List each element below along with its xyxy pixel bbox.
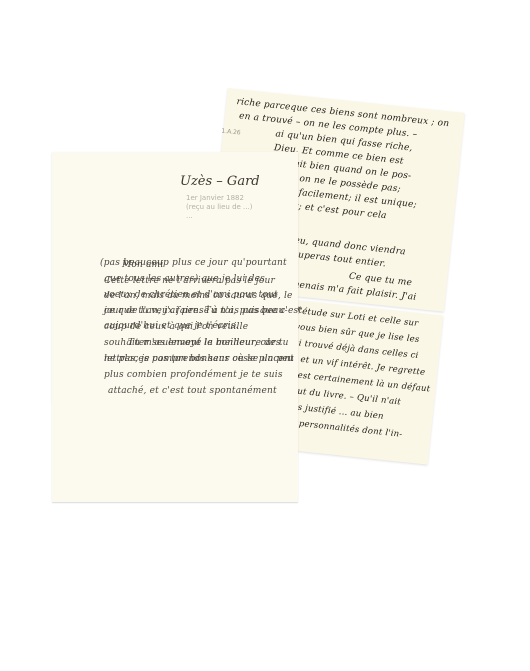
front-line-12: ce que tu veux faire. Tu n'as pas beau- [104,306,288,316]
front-line-8: attaché, et c'est tout spontanément [108,386,277,396]
front-line-11: voeux de chrétien et d'ami pour tout [104,290,278,300]
front-line-9: (pas beaucoup plus ce jour qu'pourtant [100,258,287,268]
letter-heading: Uzès – Gard [180,174,260,189]
date-note-line-1: 1er Janvier 1882 [186,194,252,203]
archive-annotation: 1.A.26 [221,128,241,137]
front-line-10: que tous les autres) que je lui des [104,274,265,284]
letter-sheet-back-lower: l'étude sur Loti et celle sur vous bien … [280,300,443,465]
front-line-14: souhaiter seulement le bonheur, car tu [104,338,289,348]
date-note-line-2: (reçu au lieu de ...) [186,203,252,212]
date-note: 1er Janvier 1882 (reçu au lieu de ...) .… [186,194,252,221]
front-line-7: plus combien profondément je te suis [104,370,283,380]
front-line-15: ne places pas ton bonheur où le placent [104,354,294,364]
date-note-line-3: ... [186,212,252,221]
letter-sheet-front-lower: (pas beaucoup plus ce jour qu'pourtant q… [52,402,298,502]
front-line-13: coup de ceux à qui l'on veuille [104,322,248,332]
back-line-21: de personnalités dont l'in- [285,418,403,440]
